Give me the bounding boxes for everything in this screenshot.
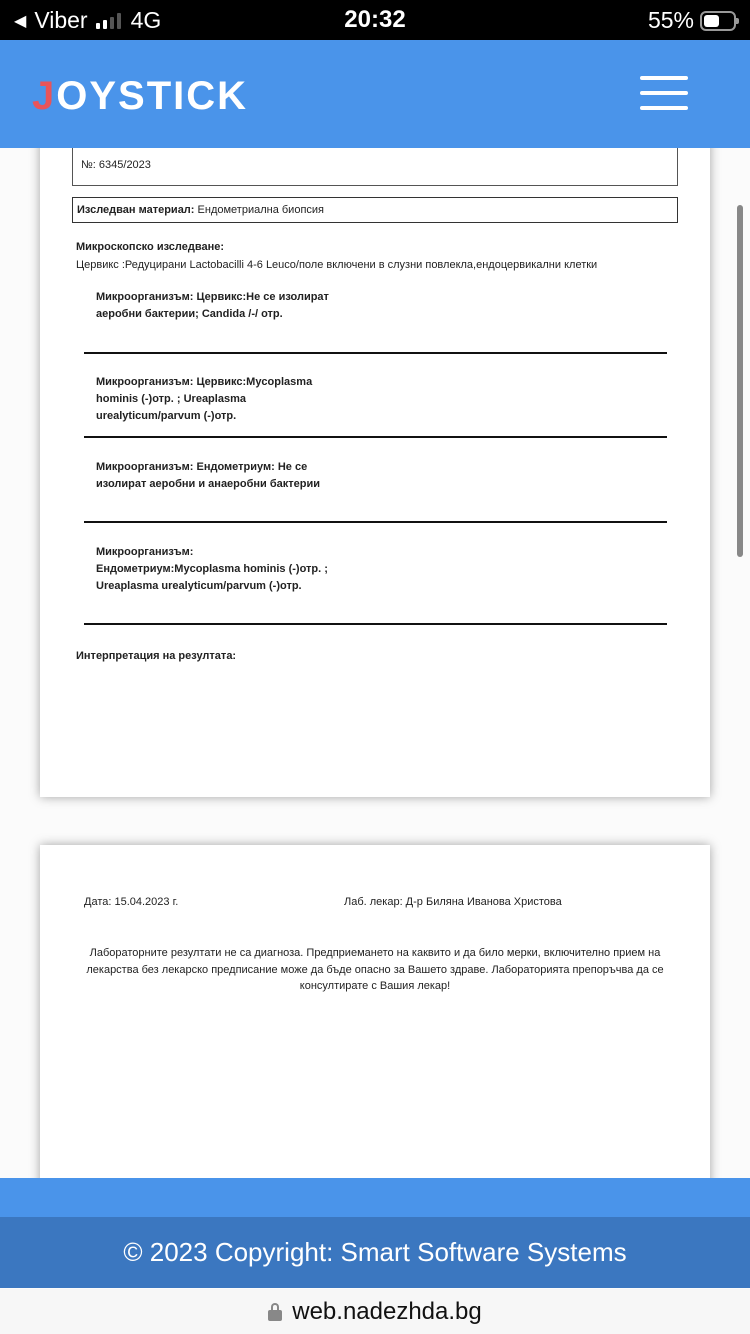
brand-accent-letter: J xyxy=(32,74,56,118)
navbar: JOYSTICK xyxy=(0,40,750,148)
microorganism-row: Микроорганизъм: Ендометриум:Mycoplasma h… xyxy=(84,523,667,625)
footer-copyright: © 2023 Copyright: Smart Software Systems xyxy=(0,1217,750,1288)
microorganism-text: Микроорганизъм: Ендометриум:Mycoplasma h… xyxy=(84,523,336,595)
clock: 20:32 xyxy=(0,6,750,34)
microorganism-text: Микроорганизъм: Цервикс:Не се изолират а… xyxy=(84,289,336,323)
hamburger-icon[interactable] xyxy=(640,76,688,112)
lock-icon xyxy=(268,1303,282,1321)
microorganism-text: Микроорганизъм: Ендометриум: Не се изоли… xyxy=(84,438,336,493)
footer-band xyxy=(0,1178,750,1217)
microscopy-title: Микроскопско изследване: xyxy=(76,241,224,253)
report-number-box: №: 6345/2023 xyxy=(72,148,678,186)
microorganism-row: Микроорганизъм: Ендометриум: Не се изоли… xyxy=(84,438,667,523)
microorganism-row: Микроорганизъм: Цервикс:Mycoplasma homin… xyxy=(84,354,667,438)
brand-text: OYSTICK xyxy=(56,74,248,118)
report-page-1: №: 6345/2023 Изследван материал: Ендомет… xyxy=(40,148,710,797)
material-value: Ендометриална биопсия xyxy=(198,204,324,216)
battery-percent: 55% xyxy=(648,7,694,34)
microorganism-text: Микроорганизъм: Цервикс:Mycoplasma homin… xyxy=(84,354,336,425)
report-number: №: 6345/2023 xyxy=(81,159,151,171)
material-label: Изследван материал: xyxy=(77,204,194,216)
brand-logo[interactable]: JOYSTICK xyxy=(32,74,248,119)
lab-doctor: Лаб. лекар: Д-р Биляна Иванова Христова xyxy=(344,896,562,908)
material-box: Изследван материал: Ендометриална биопси… xyxy=(72,197,678,223)
microorganism-row: Микроорганизъм: Цервикс:Не се изолират а… xyxy=(84,289,667,354)
interpretation-title: Интерпретация на резултата: xyxy=(76,650,236,662)
battery-icon xyxy=(700,11,736,31)
status-bar: ◀ Viber 4G 20:32 55% xyxy=(0,0,750,40)
pdf-viewer[interactable]: №: 6345/2023 Изследван материал: Ендомет… xyxy=(0,148,750,1178)
scrollbar[interactable] xyxy=(737,205,743,557)
microscopy-text: Цервикс :Редуцирани Lactobacilli 4-6 Leu… xyxy=(76,259,597,271)
report-date: Дата: 15.04.2023 г. xyxy=(84,896,178,908)
disclaimer: Лабораторните резултати не са диагноза. … xyxy=(80,945,670,995)
url-bar[interactable]: web.nadezhda.bg xyxy=(0,1289,750,1334)
status-right: 55% xyxy=(648,7,736,34)
url-text[interactable]: web.nadezhda.bg xyxy=(292,1298,482,1326)
report-page-2: Дата: 15.04.2023 г. Лаб. лекар: Д-р Биля… xyxy=(40,845,710,1178)
